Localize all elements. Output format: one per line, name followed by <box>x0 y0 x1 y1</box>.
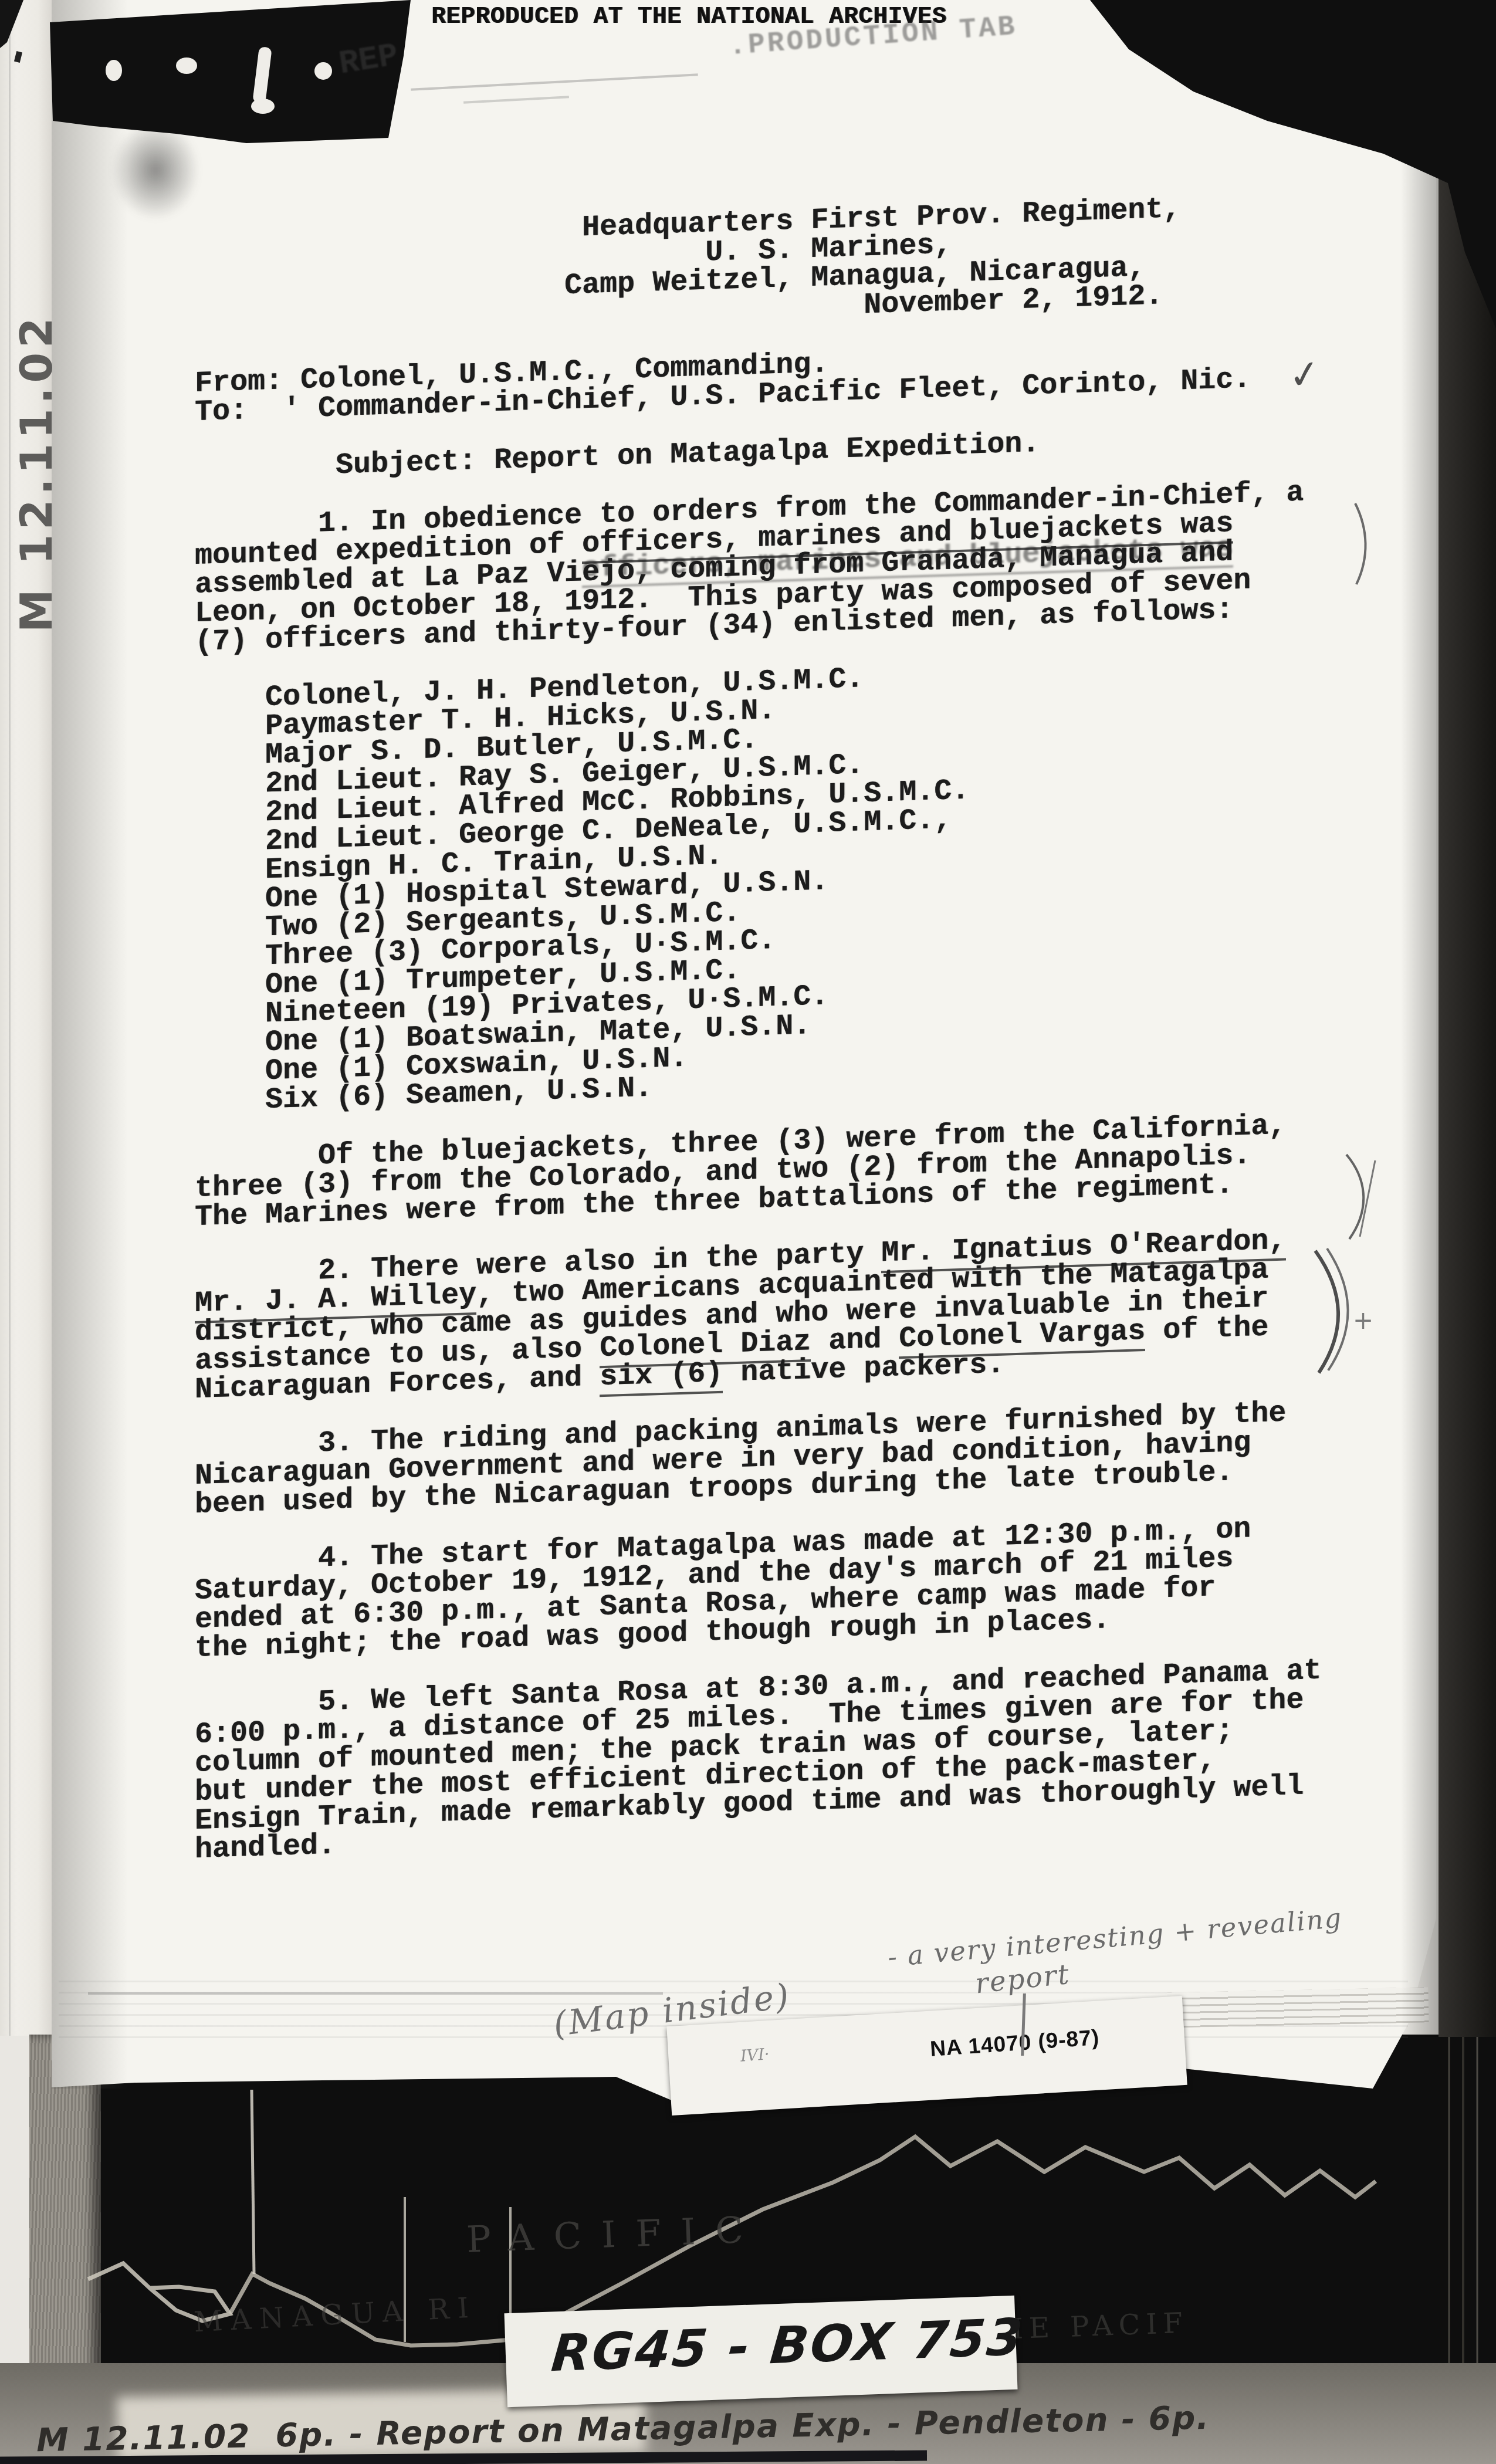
stacked-sheet-edges <box>1167 1987 1429 2028</box>
tear-speck <box>106 60 122 81</box>
block-shadow <box>111 120 199 220</box>
gutter-shadow <box>52 0 128 2089</box>
scanned-document-page: PACIFIC MANAGUA RI THE PACIF RG45 - BOX … <box>0 0 1496 2464</box>
scan-streak-dark <box>88 1992 663 1995</box>
left-margin-strip <box>0 0 54 2036</box>
page-right-edge-shadow <box>1401 147 1442 2037</box>
pencil-checkmark: ✓ <box>1285 350 1324 400</box>
pencil-plus-mark: + <box>1353 1306 1373 1335</box>
tear-speck <box>176 57 197 74</box>
side-catalog-label: M 12.11.02 <box>12 313 62 632</box>
tear-speck <box>314 62 332 80</box>
typed-document: officers, marines and bluejackets was He… <box>195 189 1374 1864</box>
tear-speck <box>251 99 275 114</box>
binder-right-edge <box>1439 147 1496 2037</box>
book-spine-cloth <box>29 2035 101 2415</box>
left-fold-crease <box>9 0 11 2036</box>
pencil-map-note-sub: IVI· <box>740 2045 770 2065</box>
